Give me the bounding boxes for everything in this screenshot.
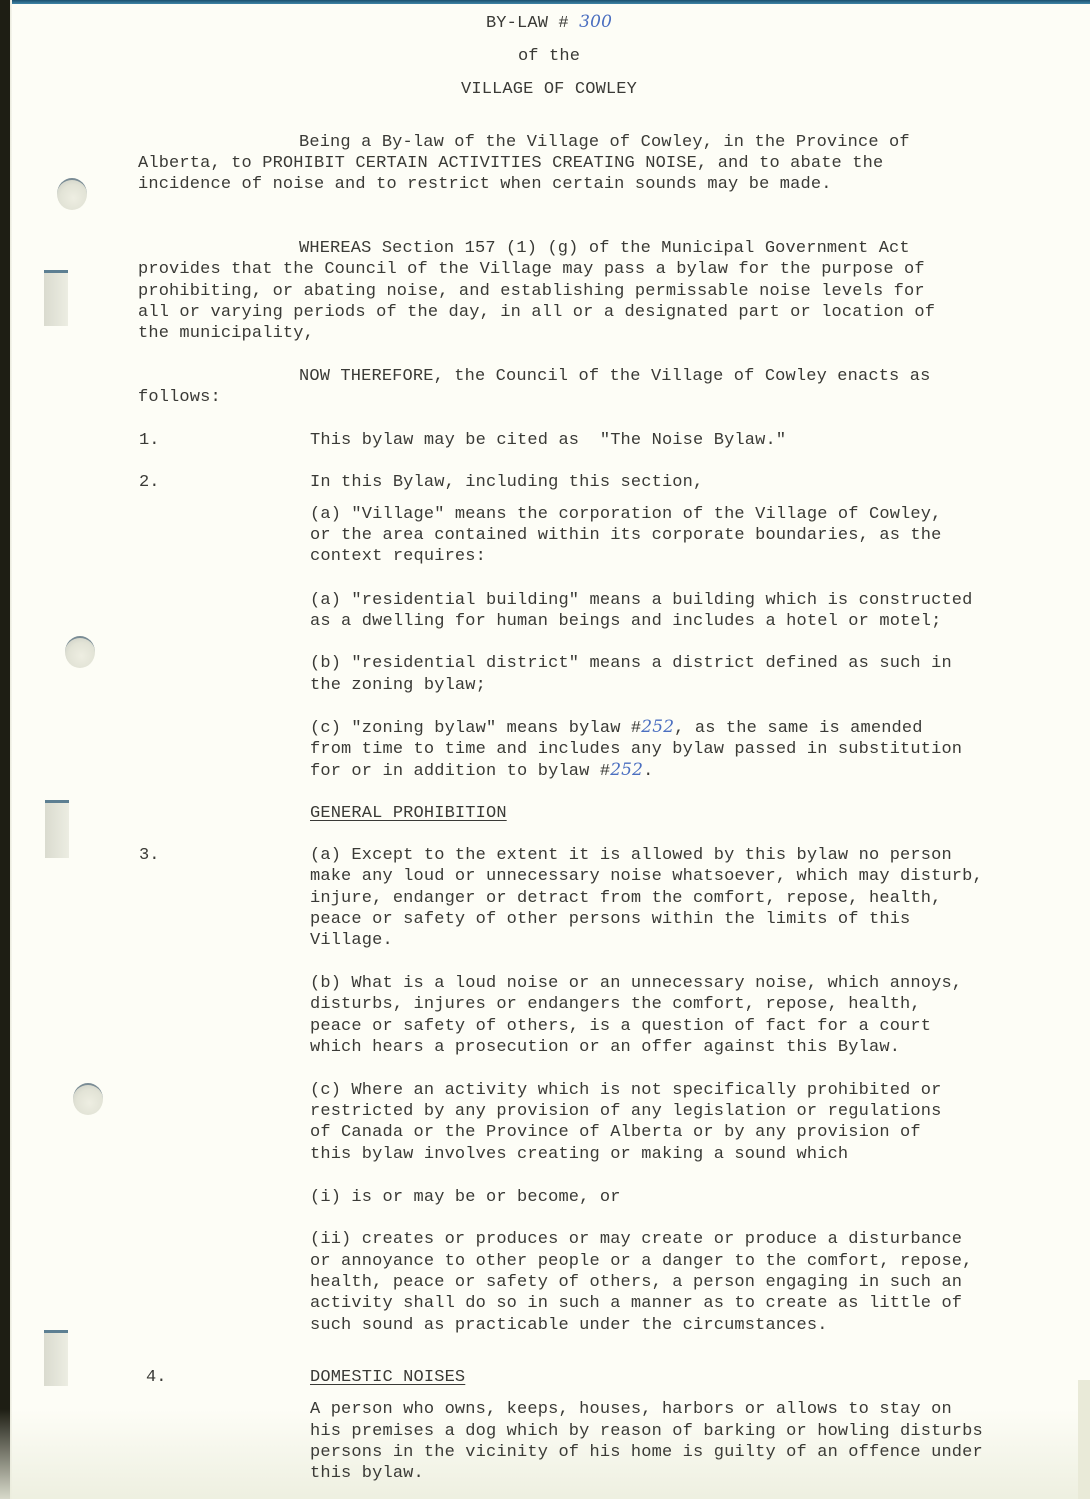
clause-3b-line-3: peace or safety of others, is a question… xyxy=(310,1016,931,1037)
definition-zoning-suffix: . xyxy=(643,762,653,781)
heading-domestic-noises: DOMESTIC NOISES xyxy=(310,1367,465,1388)
clause-3c-line-4: this bylaw involves creating or making a… xyxy=(310,1144,848,1165)
clause-3a-line-3: injure, endanger or detract from the com… xyxy=(310,888,941,909)
definition-residential-district-line-1: (b) "residential district" means a distr… xyxy=(310,653,952,674)
whereas-line-3: prohibiting, or abating noise, and estab… xyxy=(138,281,925,302)
definition-zoning-bylaw-line-1: (c) "zoning bylaw" means bylaw #252, as … xyxy=(310,717,923,739)
clause-3c-i: (i) is or may be or become, or xyxy=(310,1187,621,1208)
section-number: 3. xyxy=(139,845,159,866)
punch-hole-slot xyxy=(44,1330,68,1386)
now-therefore-line-1: NOW THEREFORE, the Council of the Villag… xyxy=(299,366,930,387)
definition-village-line-3: context requires: xyxy=(310,546,486,567)
clause-3b-line-2: disturbs, injures or endangers the comfo… xyxy=(310,994,921,1015)
scan-right-shadow xyxy=(1078,1380,1090,1499)
now-therefore-line-2: follows: xyxy=(138,387,221,408)
clause-3a-line-4: peace or safety of other persons within … xyxy=(310,909,910,930)
clause-3c-ii-line-3: health, peace or safety of others, a per… xyxy=(310,1272,962,1293)
heading-general-prohibition: GENERAL PROHIBITION xyxy=(310,803,507,824)
punch-hole-round xyxy=(65,636,95,668)
clause-3c-ii-line-1: (ii) creates or produces or may create o… xyxy=(310,1229,962,1250)
punch-hole-slot xyxy=(44,270,68,326)
preamble-line-1: Being a By-law of the Village of Cowley,… xyxy=(299,132,910,153)
definition-village-line-2: or the area contained within its corpora… xyxy=(310,525,941,546)
municipality-name: VILLAGE OF COWLEY xyxy=(0,79,1090,100)
of-the-line: of the xyxy=(0,46,1090,67)
punch-hole-slot xyxy=(45,800,69,858)
section-number: 2. xyxy=(139,472,159,493)
clause-3a-line-1: (a) Except to the extent it is allowed b… xyxy=(310,845,952,866)
clause-3b-line-1: (b) What is a loud noise or an unnecessa… xyxy=(310,973,962,994)
preamble-line-2: Alberta, to PROHIBIT CERTAIN ACTIVITIES … xyxy=(138,153,883,174)
definition-residential-district-line-2: the zoning bylaw; xyxy=(310,675,486,696)
definition-residential-building-line-2: as a dwelling for human beings and inclu… xyxy=(310,611,941,632)
definition-zoning-prefix: for or in addition to bylaw # xyxy=(310,762,610,781)
clause-3c-line-3: of Canada or the Province of Alberta or … xyxy=(310,1122,921,1143)
clause-3b-line-4: which hears a prosecution or an offer ag… xyxy=(310,1037,900,1058)
handwritten-bylaw-number: 252 xyxy=(641,717,674,737)
clause-3c-ii-line-5: such sound as practicable under the circ… xyxy=(310,1315,828,1336)
clause-3c-ii-line-4: activity shall do so in such a manner as… xyxy=(310,1293,962,1314)
section-4-line-1: A person who owns, keeps, houses, harbor… xyxy=(310,1399,952,1420)
section-number: 1. xyxy=(139,430,159,451)
section-4-line-3: persons in the vicinity of his home is g… xyxy=(310,1442,983,1463)
whereas-line-5: the municipality, xyxy=(138,323,314,344)
scan-top-edge xyxy=(0,0,1090,4)
handwritten-bylaw-number: 252 xyxy=(610,760,643,780)
whereas-line-1: WHEREAS Section 157 (1) (g) of the Munic… xyxy=(299,238,910,259)
definition-zoning-bylaw-line-2: from time to time and includes any bylaw… xyxy=(310,739,962,760)
clause-3c-ii-line-2: or annoyance to other people or a danger… xyxy=(310,1251,973,1272)
definition-residential-building-line-1: (a) "residential building" means a build… xyxy=(310,590,973,611)
whereas-line-2: provides that the Council of the Village… xyxy=(138,259,925,280)
section-number: 4. xyxy=(146,1367,166,1388)
bylaw-label: BY-LAW # xyxy=(486,14,569,33)
definition-zoning-bylaw-line-3: for or in addition to bylaw #252. xyxy=(310,760,653,782)
whereas-line-4: all or varying periods of the day, in al… xyxy=(138,302,935,323)
definition-zoning-prefix: (c) "zoning bylaw" means bylaw # xyxy=(310,719,641,738)
punch-hole-round xyxy=(73,1083,103,1115)
section-2-intro: In this Bylaw, including this section, xyxy=(310,472,703,493)
section-4-line-2: his premises a dog which by reason of ba… xyxy=(310,1421,983,1442)
preamble-line-3: incidence of noise and to restrict when … xyxy=(138,174,832,195)
punch-hole-round xyxy=(57,178,87,210)
scan-left-edge xyxy=(0,0,12,1499)
clause-3a-line-2: make any loud or unnecessary noise whats… xyxy=(310,866,983,887)
definition-village-line-1: (a) "Village" means the corporation of t… xyxy=(310,504,941,525)
section-4-line-4: this bylaw. xyxy=(310,1463,424,1484)
definition-zoning-suffix: , as the same is amended xyxy=(674,719,922,738)
clause-3c-line-1: (c) Where an activity which is not speci… xyxy=(310,1080,941,1101)
bylaw-number-handwritten: 300 xyxy=(579,12,612,32)
bylaw-title: BY-LAW # 300 xyxy=(0,12,1090,34)
clause-3a-line-5: Village. xyxy=(310,930,393,951)
section-1-text: This bylaw may be cited as "The Noise By… xyxy=(310,430,786,451)
clause-3c-line-2: restricted by any provision of any legis… xyxy=(310,1101,941,1122)
